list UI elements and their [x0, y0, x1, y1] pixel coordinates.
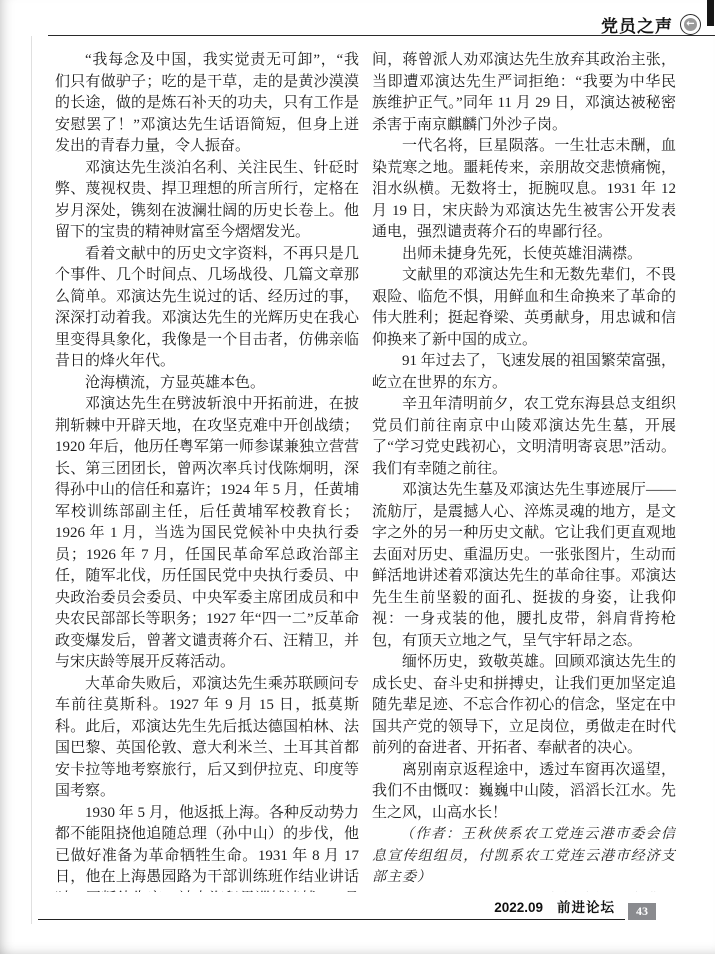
circle-back-arrow-icon: ← — [680, 14, 701, 35]
paragraph: 邓演达先生墓及邓演达先生事迹展厅——流舫厅，是震撼人心、淬炼灵魂的地方，是文字之… — [372, 480, 676, 652]
header-rule — [48, 35, 715, 36]
left-column: “我每念及中国，我实觉责无可卸”，“我们只有做驴子；吃的是干草，走的是黄沙漠漠的… — [55, 50, 359, 892]
paragraph: 1930 年 5 月，他返抵上海。各种反动势力都不能阻挠他追随总理（孙中山）的步… — [55, 803, 359, 893]
paragraph: 沧海横流，方显英雄本色。 — [55, 373, 359, 395]
back-arrow-disc: ← — [684, 18, 697, 31]
footer-text: 2022.09前进论坛 — [494, 896, 625, 920]
paragraph-continuation: 间，蒋曾派人劝邓演达先生放弃其政治主张，当即遭邓演达先生严词拒绝：“我要为中华民… — [372, 50, 676, 136]
right-column: 间，蒋曾派人劝邓演达先生放弃其政治主张，当即遭邓演达先生严词拒绝：“我要为中华民… — [372, 50, 676, 892]
paragraph: “我每念及中国，我实觉责无可卸”，“我们只有做驴子；吃的是干草，走的是黄沙漠漠的… — [55, 50, 359, 158]
footer-issue: 2022.09 — [494, 900, 543, 915]
magazine-page: 党员之声 ← “我每念及中国，我实觉责无可卸”，“我们只有做驴子；吃的是干草，走… — [0, 0, 715, 954]
section-title: 党员之声 — [601, 12, 673, 37]
paragraph: 缅怀历史，致敬英雄。回顾邓演达先生的成长史、奋斗史和拼搏史，让我们更加坚定追随先… — [372, 652, 676, 760]
paragraph: 看着文献中的历史文字资料，不再只是几个事件、几个时间点、几场战役、几篇文章那么简… — [55, 244, 359, 373]
page-number-badge: 43 — [628, 903, 656, 920]
corner-print-mark — [707, 0, 714, 26]
paragraph: 91 年过去了，飞速发展的祖国繁荣富强，屹立在世界的东方。 — [372, 351, 676, 394]
paragraph: 出师未捷身先死，长使英雄泪满襟。 — [372, 244, 676, 266]
paragraph: 辛丑年清明前夕，农工党东海县总支组织党员们前往南京中山陵邓演达先生墓，开展了“学… — [372, 394, 676, 480]
author-note: （作者：王秋侠系农工党连云港市委会信息宣传组组员，付凯系农工党连云港市经济支部主… — [372, 824, 676, 889]
scan-fold-line — [31, 36, 32, 924]
paragraph: 大革命失败后，邓演达先生乘苏联顾问专车前往莫斯科。1927 年 9 月 15 日… — [55, 674, 359, 803]
article-content: “我每念及中国，我实觉责无可卸”，“我们只有做驴子；吃的是干草，走的是黄沙漠漠的… — [55, 50, 676, 892]
page-number: 43 — [636, 904, 648, 919]
footer: 2022.09前进论坛 43 — [38, 896, 656, 920]
section-header: 党员之声 ← — [601, 12, 701, 37]
paragraph: 邓演达先生在劈波斩浪中开拓前进，在披荆斩棘中开辟天地，在攻坚克难中开创战绩；19… — [55, 394, 359, 674]
footer-magazine-title: 前进论坛 — [557, 900, 615, 915]
paragraph: 一代名将，巨星陨落。一生壮志未酬，血染荒寒之地。噩耗传来，亲朋故交悲愤痛惋，泪水… — [372, 136, 676, 244]
left-arrow-glyph: ← — [686, 19, 694, 29]
paragraph: 离别南京返程途中，透过车窗再次遥望，我们不由慨叹：巍巍中山陵，滔滔长江水。先生之… — [372, 760, 676, 825]
paragraph: 邓演达先生淡泊名利、关注民生、针砭时弊、蔑视权贵、捍卫理想的所言所行，定格在岁月… — [55, 158, 359, 244]
paragraph: 文献里的邓演达先生和无数先辈们，不畏艰险、临危不惧，用鲜血和生命换来了革命的伟大… — [372, 265, 676, 351]
editor-line: 责任编辑 陈晔 — [372, 890, 676, 893]
footer-rule — [38, 899, 494, 920]
